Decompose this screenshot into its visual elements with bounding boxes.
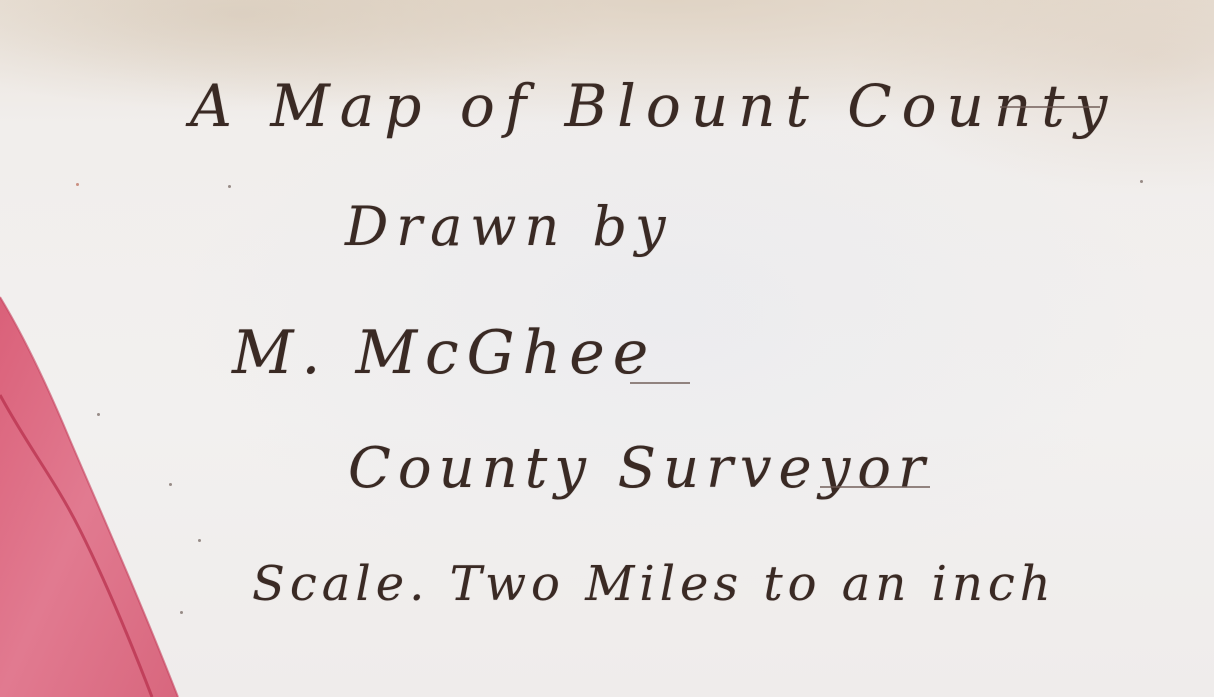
role-flourish [820, 486, 930, 488]
map-title: A Map of Blount County [190, 72, 1117, 140]
surveyor-title: County Surveyor [348, 436, 932, 501]
title-flourish [1000, 106, 1100, 108]
map-scale: Scale. Two Miles to an inch [252, 556, 1056, 612]
drawn-by-label: Drawn by [345, 195, 674, 258]
map-cartouche: A Map of Blount County Drawn by M. McGhe… [0, 0, 1214, 697]
name-flourish [630, 382, 690, 384]
surveyor-name: M. McGhee [232, 318, 656, 388]
